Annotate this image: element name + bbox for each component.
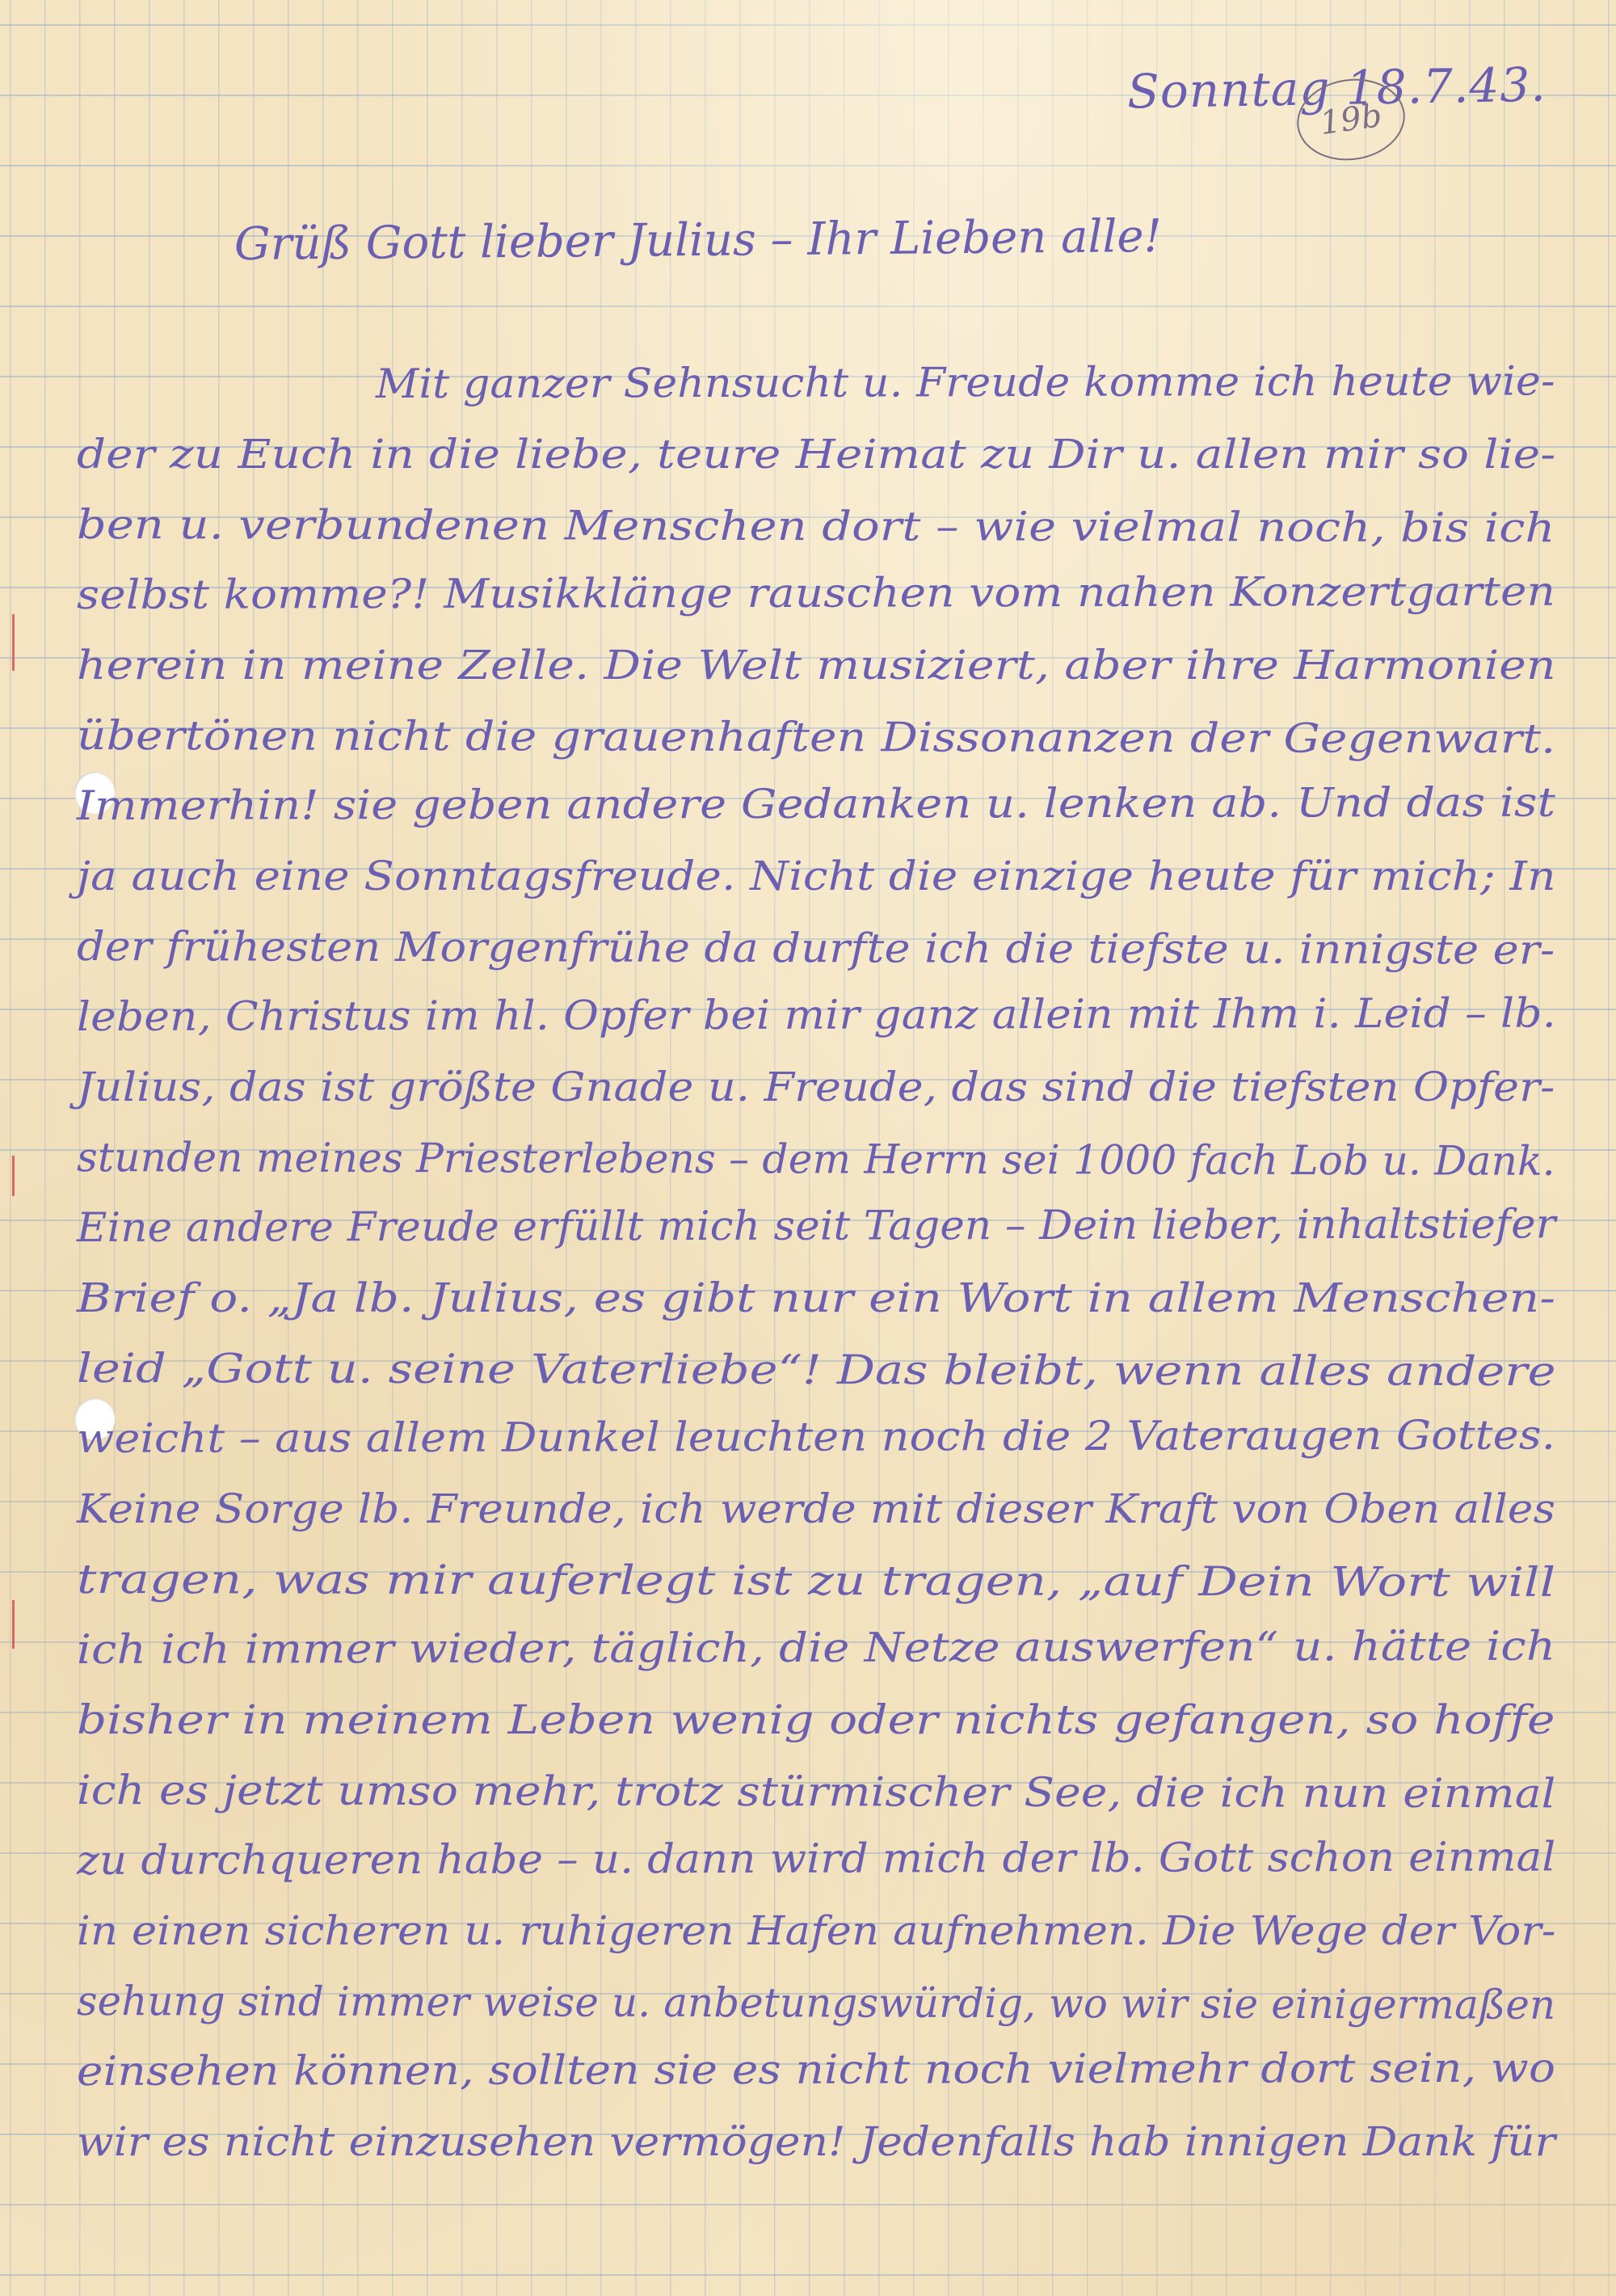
- letter-body: Mit ganzer Sehnsucht u. Freude komme ich…: [77, 356, 1588, 2184]
- letter-line: ich ich immer wieder, täglich, die Netze…: [77, 1621, 1588, 1691]
- letter-line: ja auch eine Sonntagsfreude. Nicht die e…: [77, 848, 1588, 918]
- letter-line: stunden meines Priesterlebens – dem Herr…: [77, 1129, 1588, 1199]
- letter-line: Brief o. „Ja lb. Julius, es gibt nur ein…: [77, 1270, 1588, 1340]
- letter-line: Eine andere Freude erfüllt mich seit Tag…: [77, 1199, 1588, 1270]
- letter-line: der frühesten Morgenfrühe da durfte ich …: [77, 918, 1588, 988]
- letter-line: Immerhin! sie geben andere Gedanken u. l…: [77, 777, 1588, 848]
- letter-line: herein in meine Zelle. Die Welt musizier…: [77, 637, 1588, 707]
- archive-number: 19b: [1318, 97, 1384, 142]
- letter-line: einsehen können, sollten sie es nicht no…: [77, 2043, 1588, 2113]
- letter-line: sehung sind immer weise u. anbetungswürd…: [77, 1973, 1588, 2043]
- red-margin-mark: [12, 1156, 15, 1196]
- letter-line: ich es jetzt umso mehr, trotz stürmische…: [77, 1762, 1588, 1832]
- letter-line: ben u. verbundenen Menschen dort – wie v…: [77, 496, 1588, 567]
- letter-line: Keine Sorge lb. Freunde, ich werde mit d…: [77, 1481, 1588, 1551]
- letter-line: wir es nicht einzusehen vermögen! Jedenf…: [77, 2113, 1588, 2184]
- letter-line: Mit ganzer Sehnsucht u. Freude komme ich…: [77, 356, 1588, 426]
- letter-line: bisher in meinem Leben wenig oder nichts…: [77, 1691, 1588, 1762]
- red-margin-mark: [12, 1600, 15, 1649]
- letter-line: selbst komme?! Musikklänge rauschen vom …: [77, 567, 1588, 637]
- letter-line: übertönen nicht die grauenhaften Dissona…: [77, 707, 1588, 777]
- letter-line: tragen, was mir auferlegt ist zu tragen,…: [77, 1551, 1588, 1621]
- letter-line: Julius, das ist größte Gnade u. Freude, …: [77, 1059, 1588, 1129]
- letter-page: Sonntag 18.7.43. 19b Grüß Gott lieber Ju…: [0, 0, 1616, 2296]
- letter-line: der zu Euch in die liebe, teure Heimat z…: [77, 426, 1588, 496]
- salutation: Grüß Gott lieber Julius – Ihr Lieben all…: [234, 210, 1163, 271]
- letter-line: leben, Christus im hl. Opfer bei mir gan…: [77, 988, 1588, 1059]
- letter-line: zu durchqueren habe – u. dann wird mich …: [77, 1832, 1588, 1902]
- letter-line: in einen sicheren u. ruhigeren Hafen auf…: [77, 1902, 1588, 1973]
- letter-line: weicht – aus allem Dunkel leuchten noch …: [77, 1410, 1588, 1481]
- letter-line: leid „Gott u. seine Vaterliebe“! Das ble…: [77, 1340, 1588, 1410]
- red-margin-mark: [12, 614, 15, 671]
